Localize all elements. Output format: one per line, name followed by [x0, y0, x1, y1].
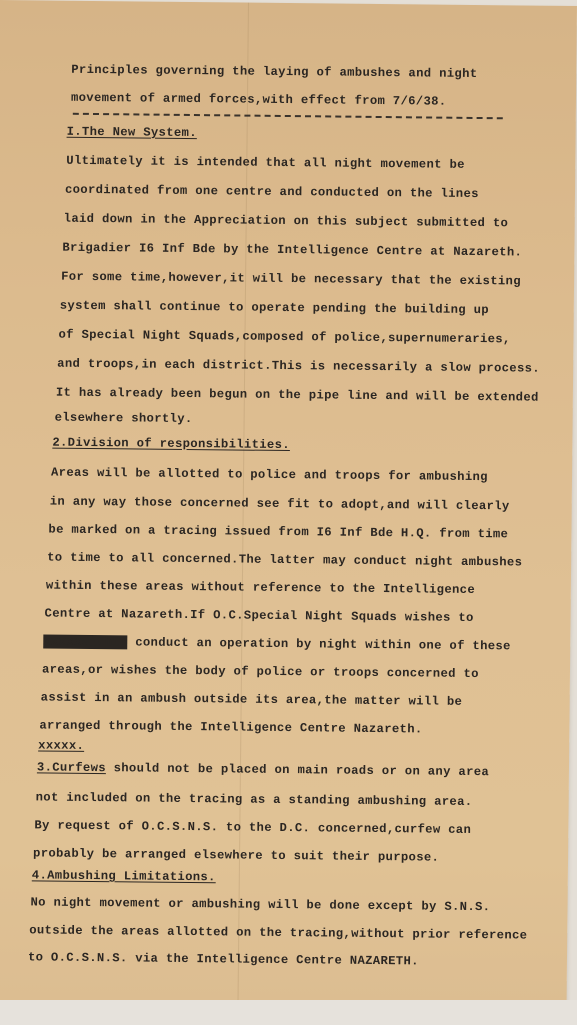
section-1-line: Ultimately it is intended that all night… — [66, 154, 465, 172]
section-3-first-line: 3.Curfews should not be placed on main r… — [37, 760, 489, 779]
section-2-line: be marked on a tracing issued from I6 In… — [48, 523, 508, 542]
section-1-line: system shall continue to operate pending… — [60, 299, 489, 317]
section-3-line: not included on the tracing as a standin… — [36, 790, 473, 809]
document-body: Principles governing the laying of ambus… — [0, 0, 577, 636]
section-1-line: elsewhere shortly. — [55, 411, 193, 426]
section-1-line: coordinated from one centre and conducte… — [65, 183, 479, 201]
document-title-line-1: Principles governing the laying of ambus… — [71, 63, 477, 81]
section-3-heading-continuation: should not be placed on main roads or on… — [106, 761, 489, 779]
struck-marker: xxxxx. — [38, 738, 84, 752]
struck-out-text: xxxxxwithin — [43, 634, 127, 649]
section-4-heading: 4.Ambushing Limitations. — [32, 868, 216, 884]
section-3-line: By request of O.C.S.N.S. to the D.C. con… — [34, 818, 471, 837]
section-4-line: to O.C.S.N.S. via the Intelligence Centr… — [28, 950, 419, 968]
section-2-line: in any way those concerned see fit to ad… — [50, 495, 510, 514]
section-2-line: within these areas without reference to … — [46, 579, 475, 597]
section-2-line: areas,or wishes the body of police or tr… — [42, 662, 479, 681]
section-2-line: assist in an ambush outside its area,the… — [41, 690, 463, 708]
document-title-line-2: movement of armed forces,with effect fro… — [71, 91, 447, 109]
section-2-line: to time to all concerned.The latter may … — [47, 551, 522, 570]
section-1-heading: I.The New System. — [67, 125, 197, 140]
section-3-line: probably be arranged elsewhere to suit t… — [33, 846, 439, 864]
section-1-line: laid down in the Appreciation on this su… — [64, 212, 509, 231]
section-2-heading: 2.Division of responsibilities. — [52, 436, 290, 452]
section-2-line: Centre at Nazareth.If O.C.Special Night … — [45, 607, 474, 625]
typed-document-page: Principles governing the laying of ambus… — [0, 0, 577, 1006]
section-3-heading: 3.Curfews — [37, 760, 106, 775]
background-surface — [0, 1000, 577, 1025]
section-1-line: It has already been begun on the pipe li… — [56, 386, 539, 405]
section-1-line: For some time,however,it will be necessa… — [61, 270, 521, 289]
section-1-line: Brigadier I6 Inf Bde by the Intelligence… — [62, 241, 522, 260]
section-2-line: conduct an operation by night within one… — [128, 635, 511, 653]
section-2-line: arranged through the Intelligence Centre… — [39, 718, 422, 736]
section-4-line: No night movement or ambushing will be d… — [30, 895, 490, 914]
section-1-line: of Special Night Squads,composed of poli… — [58, 328, 510, 347]
title-dashed-rule — [73, 113, 503, 120]
section-1-line: and troops,in each district.This is nece… — [57, 357, 540, 376]
section-4-line: outside the areas allotted on the tracin… — [29, 923, 527, 942]
section-2-struck-line: xxxxxwithin conduct an operation by nigh… — [43, 634, 511, 653]
section-2-line: Areas will be allotted to police and tro… — [51, 466, 488, 485]
